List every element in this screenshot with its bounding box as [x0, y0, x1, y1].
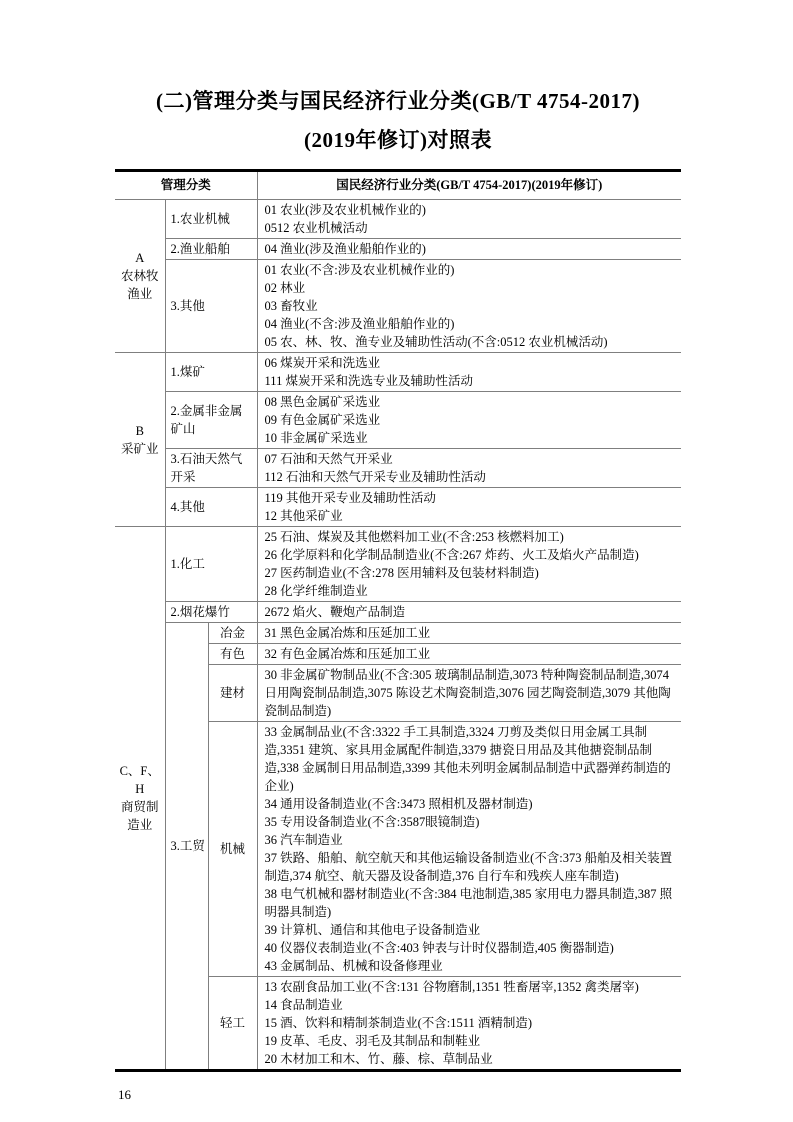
- industry-item: 37 铁路、船舶、航空航天和其他运输设备制造业(不含:373 船舶及相关装置制造…: [265, 849, 678, 885]
- section-code: B: [118, 422, 162, 440]
- industry-item: 26 化学原料和化学制品制造业(不含:267 炸药、火工及焰火产品制造): [265, 546, 678, 564]
- industry-item: 02 林业: [265, 279, 678, 297]
- section-code: C、F、H: [118, 762, 162, 798]
- industry-item: 08 黑色金属矿采选业: [265, 393, 678, 411]
- trade-subcategory-label: 冶金: [208, 623, 257, 644]
- industry-items-cell: 25 石油、煤炭及其他燃料加工业(不含:253 核燃料加工) 26 化学原料和化…: [257, 527, 681, 602]
- industry-item: 32 有色金属冶炼和压延加工业: [265, 645, 678, 663]
- table-row: B 采矿业 1.煤矿 06 煤炭开采和洗选业 111 煤炭开采和洗选专业及辅助性…: [115, 353, 681, 392]
- industry-item: 01 农业(涉及农业机械作业的): [265, 201, 678, 219]
- document-title-line-1: (二)管理分类与国民经济行业分类(GB/T 4754-2017): [115, 86, 681, 117]
- industry-item: 19 皮革、毛皮、羽毛及其制品和制鞋业: [265, 1032, 678, 1050]
- subcategory-label: 3.其他: [165, 260, 257, 353]
- document-page: (二)管理分类与国民经济行业分类(GB/T 4754-2017) (2019年修…: [0, 0, 793, 1122]
- subcategory-label: 4.其他: [165, 488, 257, 527]
- table-row: A 农林牧渔业 1.农业机械 01 农业(涉及农业机械作业的) 0512 农业机…: [115, 200, 681, 239]
- industry-item: 15 酒、饮料和精制茶制造业(不含:1511 酒精制造): [265, 1014, 678, 1032]
- industry-item: 35 专用设备制造业(不含:3587眼镜制造): [265, 813, 678, 831]
- subcategory-label: 1.化工: [165, 527, 257, 602]
- subcategory-label: 2.渔业船舶: [165, 239, 257, 260]
- section-cfh-cell: C、F、H 商贸制造业: [115, 527, 165, 1071]
- industry-item: 09 有色金属矿采选业: [265, 411, 678, 429]
- trade-subcategory-label: 建材: [208, 665, 257, 722]
- subcategory-label: 2.金属非金属矿山: [165, 392, 257, 449]
- trade-subcategory-label: 有色: [208, 644, 257, 665]
- page-number: 16: [118, 1087, 681, 1103]
- industry-item: 33 金属制品业(不含:3322 手工具制造,3324 刀剪及类似日用金属工具制…: [265, 723, 678, 795]
- industry-item: 0512 农业机械活动: [265, 219, 678, 237]
- industry-item: 13 农副食品加工业(不含:131 谷物磨制,1351 牲畜屠宰,1352 禽类…: [265, 978, 678, 996]
- table-row: 2.渔业船舶 04 渔业(涉及渔业船舶作业的): [115, 239, 681, 260]
- section-name: 商贸制造业: [118, 798, 162, 834]
- industry-item: 12 其他采矿业: [265, 507, 678, 525]
- industry-item: 43 金属制品、机械和设备修理业: [265, 957, 678, 975]
- industry-item: 119 其他开采专业及辅助性活动: [265, 489, 678, 507]
- industry-items-cell: 08 黑色金属矿采选业 09 有色金属矿采选业 10 非金属矿采选业: [257, 392, 681, 449]
- table-row: 3.其他 01 农业(不含:涉及农业机械作业的) 02 林业 03 畜牧业 04…: [115, 260, 681, 353]
- industry-item: 28 化学纤维制造业: [265, 582, 678, 600]
- table-row: C、F、H 商贸制造业 1.化工 25 石油、煤炭及其他燃料加工业(不含:253…: [115, 527, 681, 602]
- industry-item: 03 畜牧业: [265, 297, 678, 315]
- industry-items-cell: 04 渔业(涉及渔业船舶作业的): [257, 239, 681, 260]
- industry-item: 36 汽车制造业: [265, 831, 678, 849]
- industry-item: 39 计算机、通信和其他电子设备制造业: [265, 921, 678, 939]
- industry-item: 20 木材加工和木、竹、藤、棕、草制品业: [265, 1050, 678, 1068]
- section-a-cell: A 农林牧渔业: [115, 200, 165, 353]
- industry-items-cell: 01 农业(不含:涉及农业机械作业的) 02 林业 03 畜牧业 04 渔业(不…: [257, 260, 681, 353]
- document-title: (二)管理分类与国民经济行业分类(GB/T 4754-2017) (2019年修…: [115, 86, 681, 156]
- document-title-line-2: (2019年修订)对照表: [115, 125, 681, 156]
- classification-comparison-table: 管理分类 国民经济行业分类(GB/T 4754-2017)(2019年修订) A…: [115, 169, 681, 1072]
- industry-item: 10 非金属矿采选业: [265, 429, 678, 447]
- industry-item: 31 黑色金属冶炼和压延加工业: [265, 624, 678, 642]
- industry-items-cell: 119 其他开采专业及辅助性活动 12 其他采矿业: [257, 488, 681, 527]
- industry-item: 06 煤炭开采和洗选业: [265, 354, 678, 372]
- industry-item: 111 煤炭开采和洗选专业及辅助性活动: [265, 372, 678, 390]
- table-row: 2.金属非金属矿山 08 黑色金属矿采选业 09 有色金属矿采选业 10 非金属…: [115, 392, 681, 449]
- table-row: 2.烟花爆竹 2672 焰火、鞭炮产品制造: [115, 602, 681, 623]
- subcategory-label: 3.工贸: [165, 623, 208, 1071]
- industry-items-cell: 32 有色金属冶炼和压延加工业: [257, 644, 681, 665]
- table-row: 4.其他 119 其他开采专业及辅助性活动 12 其他采矿业: [115, 488, 681, 527]
- industry-item: 04 渔业(不含:涉及渔业船舶作业的): [265, 315, 678, 333]
- section-name: 采矿业: [118, 440, 162, 458]
- header-management-classification: 管理分类: [115, 171, 257, 200]
- industry-item: 2672 焰火、鞭炮产品制造: [265, 603, 678, 621]
- industry-item: 07 石油和天然气开采业: [265, 450, 678, 468]
- table-row: 3.石油天然气开采 07 石油和天然气开采业 112 石油和天然气开采专业及辅助…: [115, 449, 681, 488]
- trade-subcategory-label: 机械: [208, 722, 257, 977]
- industry-items-cell: 2672 焰火、鞭炮产品制造: [257, 602, 681, 623]
- subcategory-label: 1.农业机械: [165, 200, 257, 239]
- industry-item: 05 农、林、牧、渔专业及辅助性活动(不含:0512 农业机械活动): [265, 333, 678, 351]
- table-header-row: 管理分类 国民经济行业分类(GB/T 4754-2017)(2019年修订): [115, 171, 681, 200]
- section-b-cell: B 采矿业: [115, 353, 165, 527]
- industry-item: 40 仪器仪表制造业(不含:403 钟表与计时仪器制造,405 衡器制造): [265, 939, 678, 957]
- table-row: 3.工贸 冶金 31 黑色金属冶炼和压延加工业: [115, 623, 681, 644]
- subcategory-label: 1.煤矿: [165, 353, 257, 392]
- industry-items-cell: 30 非金属矿物制品业(不含:305 玻璃制品制造,3073 特种陶瓷制品制造,…: [257, 665, 681, 722]
- industry-item: 01 农业(不含:涉及农业机械作业的): [265, 261, 678, 279]
- section-name: 农林牧渔业: [118, 267, 162, 303]
- industry-items-cell: 07 石油和天然气开采业 112 石油和天然气开采专业及辅助性活动: [257, 449, 681, 488]
- industry-item: 34 通用设备制造业(不含:3473 照相机及器材制造): [265, 795, 678, 813]
- industry-item: 38 电气机械和器材制造业(不含:384 电池制造,385 家用电力器具制造,3…: [265, 885, 678, 921]
- industry-item: 112 石油和天然气开采专业及辅助性活动: [265, 468, 678, 486]
- industry-items-cell: 31 黑色金属冶炼和压延加工业: [257, 623, 681, 644]
- industry-items-cell: 01 农业(涉及农业机械作业的) 0512 农业机械活动: [257, 200, 681, 239]
- industry-item: 04 渔业(涉及渔业船舶作业的): [265, 240, 678, 258]
- industry-items-cell: 33 金属制品业(不含:3322 手工具制造,3324 刀剪及类似日用金属工具制…: [257, 722, 681, 977]
- trade-subcategory-label: 轻工: [208, 977, 257, 1071]
- subcategory-label: 2.烟花爆竹: [165, 602, 257, 623]
- industry-items-cell: 13 农副食品加工业(不含:131 谷物磨制,1351 牲畜屠宰,1352 禽类…: [257, 977, 681, 1071]
- industry-item: 30 非金属矿物制品业(不含:305 玻璃制品制造,3073 特种陶瓷制品制造,…: [265, 666, 678, 720]
- section-code: A: [118, 249, 162, 267]
- industry-item: 14 食品制造业: [265, 996, 678, 1014]
- industry-items-cell: 06 煤炭开采和洗选业 111 煤炭开采和洗选专业及辅助性活动: [257, 353, 681, 392]
- subcategory-label: 3.石油天然气开采: [165, 449, 257, 488]
- header-industry-classification: 国民经济行业分类(GB/T 4754-2017)(2019年修订): [257, 171, 681, 200]
- industry-item: 27 医药制造业(不含:278 医用辅料及包装材料制造): [265, 564, 678, 582]
- industry-item: 25 石油、煤炭及其他燃料加工业(不含:253 核燃料加工): [265, 528, 678, 546]
